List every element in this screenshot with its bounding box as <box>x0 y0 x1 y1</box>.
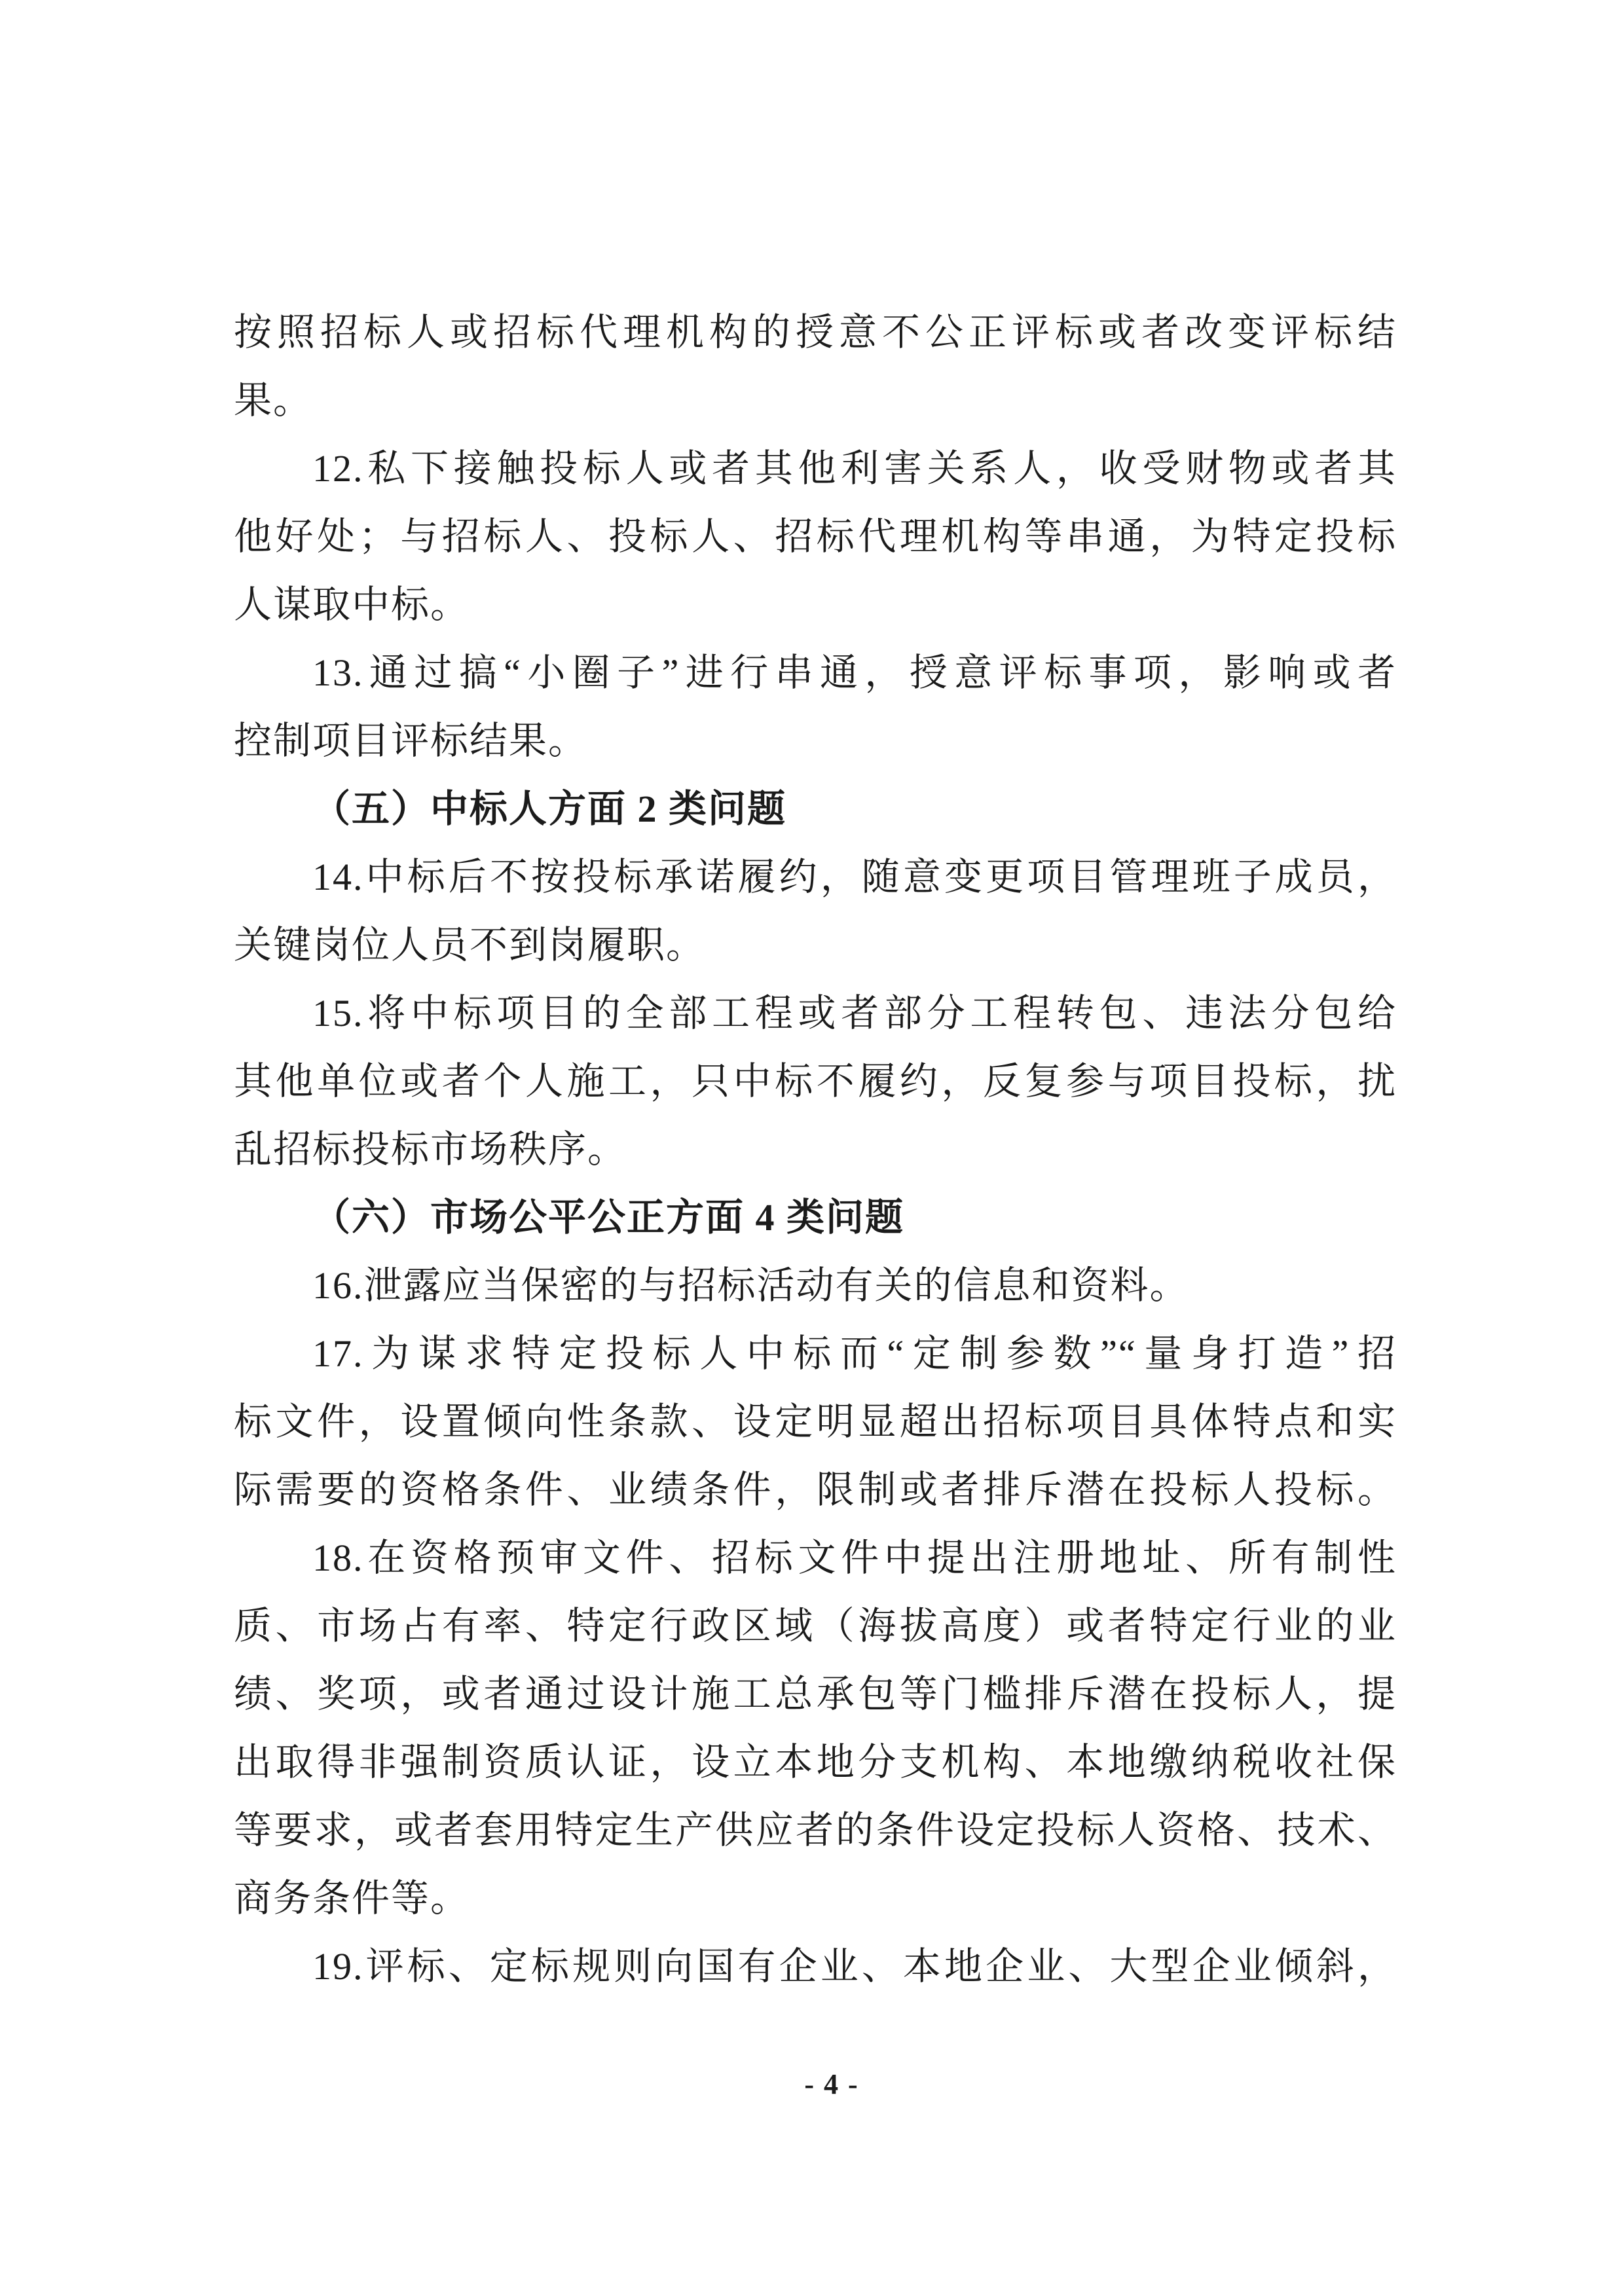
text-line: 他好处；与招标人、投标人、招标代理机构等串通，为特定投标 <box>234 503 1397 571</box>
text-line: 绩、奖项，或者通过设计施工总承包等门槛排斥潜在投标人，提 <box>234 1660 1397 1728</box>
text-line: 质、市场占有率、特定行政区域（海拔高度）或者特定行业的业 <box>234 1592 1397 1660</box>
text-line: 17.为谋求特定投标人中标而“定制参数”“量身打造”招 <box>234 1320 1397 1388</box>
text-line: 18.在资格预审文件、招标文件中提出注册地址、所有制性 <box>234 1524 1397 1592</box>
text-line: 19.评标、定标规则向国有企业、本地企业、大型企业倾斜， <box>234 1933 1397 2001</box>
text-line: 际需要的资格条件、业绩条件，限制或者排斥潜在投标人投标。 <box>234 1456 1397 1524</box>
paragraph: 14.中标后不按投标承诺履约，随意变更项目管理班子成员，关键岗位人员不到岗履职。 <box>234 843 1397 979</box>
text-line: 果。 <box>234 367 1397 435</box>
paragraph: 13.通过搞“小圈子”进行串通，授意评标事项，影响或者控制项目评标结果。 <box>234 639 1397 775</box>
text-line: 其他单位或者个人施工，只中标不履约，反复参与项目投标，扰 <box>234 1048 1397 1116</box>
page-number: - 4 - <box>804 2068 858 2100</box>
text-line: 关键岗位人员不到岗履职。 <box>234 911 1397 979</box>
paragraph: 19.评标、定标规则向国有企业、本地企业、大型企业倾斜， <box>234 1933 1397 2001</box>
page-footer: - 4 - <box>804 2068 858 2101</box>
text-line: 控制项目评标结果。 <box>234 707 1397 775</box>
scanned-document-page: { "page": { "footer": { "page_number": "… <box>0 0 1624 2296</box>
text-line: 12.私下接触投标人或者其他利害关系人，收受财物或者其 <box>234 435 1397 503</box>
text-line: （五）中标人方面 2 类问题 <box>234 775 1397 843</box>
paragraph: 18.在资格预审文件、招标文件中提出注册地址、所有制性质、市场占有率、特定行政区… <box>234 1524 1397 1933</box>
text-line: 14.中标后不按投标承诺履约，随意变更项目管理班子成员， <box>234 843 1397 911</box>
text-line: 16.泄露应当保密的与招标活动有关的信息和资料。 <box>234 1252 1397 1320</box>
text-line: 乱招标投标市场秩序。 <box>234 1116 1397 1184</box>
paragraph: 按照招标人或招标代理机构的授意不公正评标或者改变评标结果。 <box>234 299 1397 435</box>
text-line: 等要求，或者套用特定生产供应者的条件设定投标人资格、技术、 <box>234 1796 1397 1865</box>
text-line: 13.通过搞“小圈子”进行串通，授意评标事项，影响或者 <box>234 639 1397 707</box>
text-line: 人谋取中标。 <box>234 571 1397 639</box>
text-line: 15.将中标项目的全部工程或者部分工程转包、违法分包给 <box>234 979 1397 1048</box>
section-heading: （五）中标人方面 2 类问题 <box>234 775 1397 843</box>
text-line: （六）市场公平公正方面 4 类问题 <box>234 1184 1397 1252</box>
paragraph: 16.泄露应当保密的与招标活动有关的信息和资料。 <box>234 1252 1397 1320</box>
section-heading: （六）市场公平公正方面 4 类问题 <box>234 1184 1397 1252</box>
text-line: 按照招标人或招标代理机构的授意不公正评标或者改变评标结 <box>234 299 1397 367</box>
text-line: 出取得非强制资质认证，设立本地分支机构、本地缴纳税收社保 <box>234 1728 1397 1796</box>
paragraph: 17.为谋求特定投标人中标而“定制参数”“量身打造”招标文件，设置倾向性条款、设… <box>234 1320 1397 1524</box>
text-line: 标文件，设置倾向性条款、设定明显超出招标项目具体特点和实 <box>234 1388 1397 1456</box>
text-line: 商务条件等。 <box>234 1865 1397 1933</box>
paragraph: 12.私下接触投标人或者其他利害关系人，收受财物或者其他好处；与招标人、投标人、… <box>234 435 1397 639</box>
paragraph: 15.将中标项目的全部工程或者部分工程转包、违法分包给其他单位或者个人施工，只中… <box>234 979 1397 1184</box>
document-body: 按照招标人或招标代理机构的授意不公正评标或者改变评标结果。12.私下接触投标人或… <box>234 299 1397 2001</box>
